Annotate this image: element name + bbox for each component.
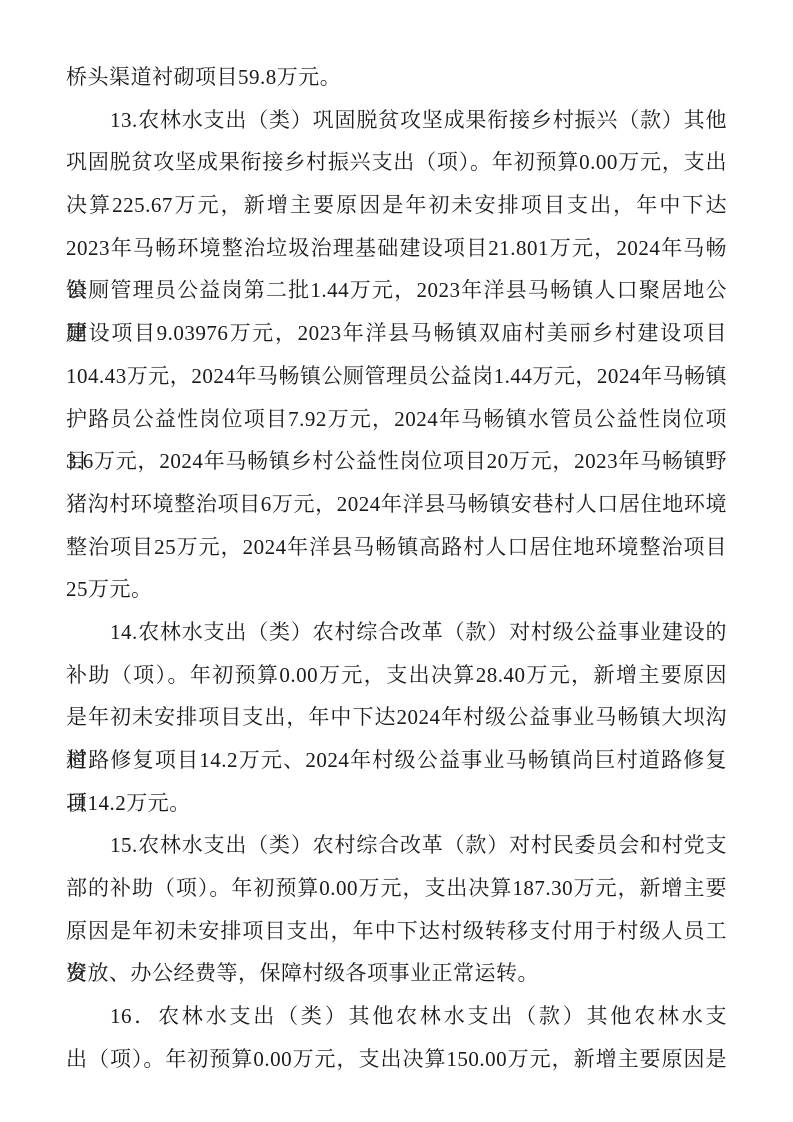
text-line: 补助（项）。年初预算0.00万元，支出决算28.40万元，新增主要原因 xyxy=(66,654,727,697)
document-page: 桥头渠道衬砌项目59.8万元。 13.农林水支出（类）巩固脱贫攻坚成果衔接乡村振… xyxy=(0,0,793,1122)
text-line: 原因是年初未安排项目支出，年中下达村级转移支付用于村级人员工资 xyxy=(66,910,727,953)
text-line: 13.农林水支出（类）巩固脱贫攻坚成果衔接乡村振兴（款）其他 xyxy=(66,99,727,142)
text-line: 整治项目25万元，2024年洋县马畅镇高路村人口居住地环境整治项目 xyxy=(66,526,727,569)
text-line: 目14.2万元。 xyxy=(66,782,727,825)
paragraph-previous-item-continued: 桥头渠道衬砌项目59.8万元。 xyxy=(66,56,727,99)
text-line: 部的补助（项）。年初预算0.00万元，支出决算187.30万元，新增主要 xyxy=(66,867,727,910)
text-line: 桥头渠道衬砌项目59.8万元。 xyxy=(66,56,727,99)
text-line: 建设项目9.03976万元，2023年洋县马畅镇双庙村美丽乡村建设项目 xyxy=(66,312,727,355)
text-line: 16．农林水支出（类）其他农林水支出（款）其他农林水支 xyxy=(66,995,727,1038)
text-line: 14.农林水支出（类）农村综合改革（款）对村级公益事业建设的 xyxy=(66,611,727,654)
text-line: 25万元。 xyxy=(66,568,727,611)
paragraph-item-14: 14.农林水支出（类）农村综合改革（款）对村级公益事业建设的 补助（项）。年初预… xyxy=(66,611,727,824)
text-line: 猪沟村环境整治项目6万元，2024年洋县马畅镇安巷村人口居住地环境 xyxy=(66,483,727,526)
text-line: 104.43万元，2024年马畅镇公厕管理员公益岗1.44万元，2024年马畅镇 xyxy=(66,355,727,398)
text-line: 巩固脱贫攻坚成果衔接乡村振兴支出（项）。年初预算0.00万元，支出 xyxy=(66,141,727,184)
text-line: 2023年马畅环境整治垃圾治理基础建设项目21.801万元，2024年马畅镇 xyxy=(66,227,727,270)
text-line: 决算225.67万元，新增主要原因是年初未安排项目支出，年中下达 xyxy=(66,184,727,227)
text-line: 道路修复项目14.2万元、2024年村级公益事业马畅镇尚巨村道路修复项 xyxy=(66,739,727,782)
paragraph-item-13: 13.农林水支出（类）巩固脱贫攻坚成果衔接乡村振兴（款）其他 巩固脱贫攻坚成果衔… xyxy=(66,99,727,611)
paragraph-item-16: 16．农林水支出（类）其他农林水支出（款）其他农林水支 出（项）。年初预算0.0… xyxy=(66,995,727,1080)
text-line: 3.6万元，2024年马畅镇乡村公益性岗位项目20万元，2023年马畅镇野 xyxy=(66,440,727,483)
text-line: 发放、办公经费等，保障村级各项事业正常运转。 xyxy=(66,952,727,995)
text-line: 护路员公益性岗位项目7.92万元，2024年马畅镇水管员公益性岗位项目 xyxy=(66,398,727,441)
text-line: 公厕管理员公益岗第二批1.44万元，2023年洋县马畅镇人口聚居地公厕 xyxy=(66,269,727,312)
text-line: 出（项）。年初预算0.00万元，支出决算150.00万元，新增主要原因是 xyxy=(66,1038,727,1081)
text-line: 是年初未安排项目支出，年中下达2024年村级公益事业马畅镇大坝沟村 xyxy=(66,696,727,739)
text-line: 15.农林水支出（类）农村综合改革（款）对村民委员会和村党支 xyxy=(66,824,727,867)
paragraph-item-15: 15.农林水支出（类）农村综合改革（款）对村民委员会和村党支 部的补助（项）。年… xyxy=(66,824,727,995)
